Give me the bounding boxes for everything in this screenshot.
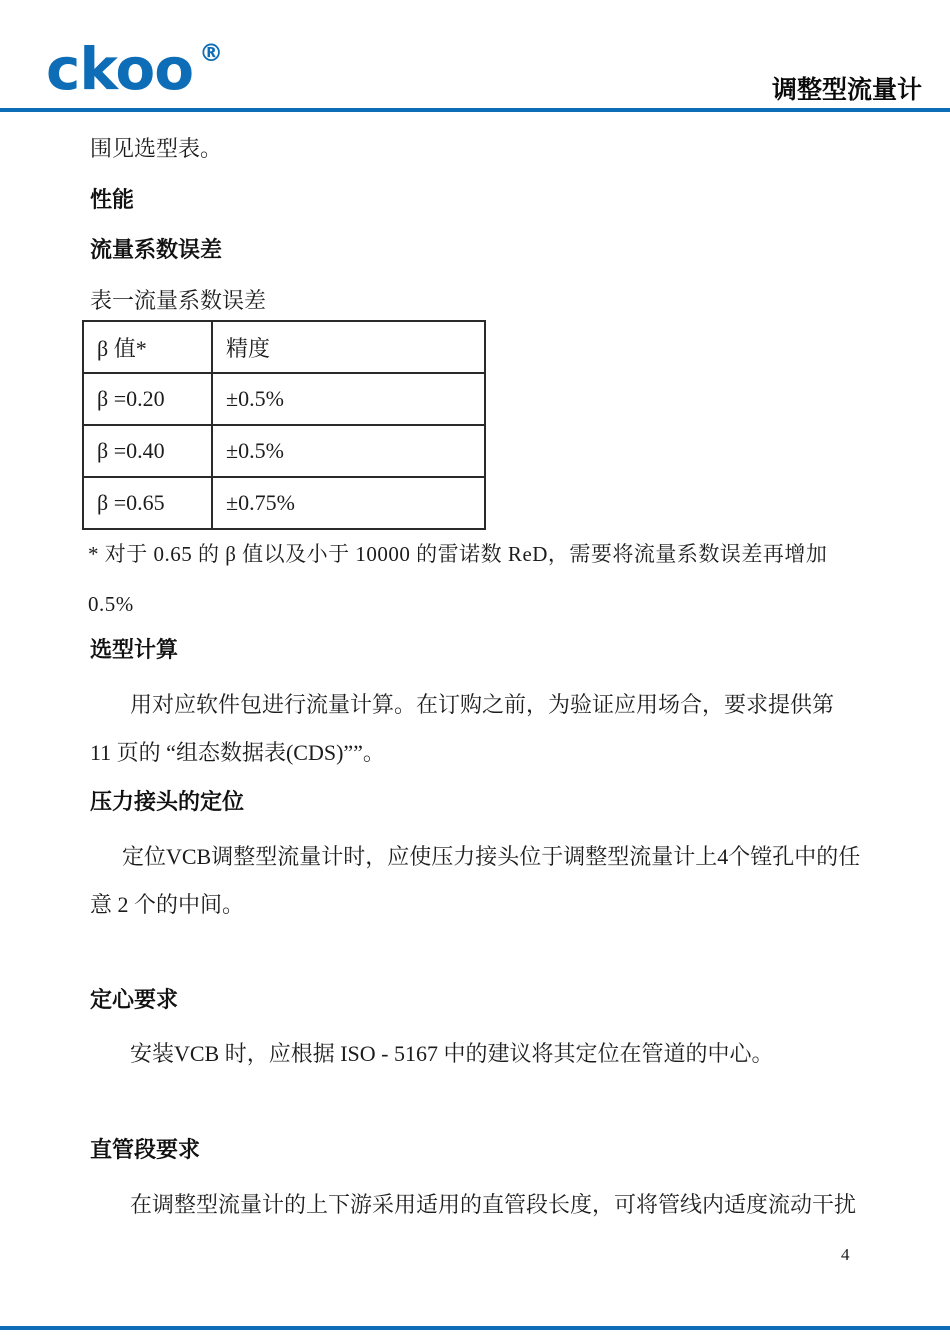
- heading-performance: 性能: [90, 183, 134, 214]
- table-header-row: β 值* 精度: [83, 321, 485, 373]
- table-row: β =0.65 ±0.75%: [83, 477, 485, 529]
- table-cell-beta: β =0.20: [83, 373, 212, 425]
- straight-run-paragraph: 在调整型流量计的上下游采用适用的直管段长度，可将管线内适度流动干扰: [130, 1188, 856, 1219]
- registered-trademark-icon: ®: [199, 39, 223, 67]
- heading-pressure-tap: 压力接头的定位: [90, 785, 244, 816]
- table-cell-accuracy: ±0.75%: [212, 477, 485, 529]
- pressure-paragraph-line1: 定位VCB调整型流量计时，应使压力接头位于调整型流量计上4个镗孔中的任: [122, 840, 860, 871]
- page-number: 4: [841, 1245, 850, 1265]
- selection-paragraph-line2: 11 页的 “组态数据表(CDS)””。: [90, 736, 385, 767]
- document-page: ckoo® 调整型流量计 围见选型表。 性能 流量系数误差 表一流量系数误差 β…: [0, 0, 950, 1343]
- centering-paragraph: 安装VCB 时，应根据 ISO - 5167 中的建议将其定位在管道的中心。: [130, 1037, 774, 1068]
- table-row: β =0.40 ±0.5%: [83, 425, 485, 477]
- heading-centering: 定心要求: [90, 983, 178, 1014]
- table-row: β =0.20 ±0.5%: [83, 373, 485, 425]
- table-caption: 表一流量系数误差: [90, 284, 266, 315]
- table-footnote-line1: * 对于 0.65 的 β 值以及小于 10000 的雷诺数 ReD，需要将流量…: [88, 538, 827, 568]
- selection-paragraph-line1: 用对应软件包进行流量计算。在订购之前，为验证应用场合，要求提供第: [130, 688, 834, 719]
- footer-divider-line: [0, 1326, 950, 1330]
- flow-coefficient-table: β 值* 精度 β =0.20 ±0.5% β =0.40 ±0.5% β =0…: [82, 320, 486, 530]
- header-divider-line: [0, 108, 950, 112]
- brand-logo-text: ckoo: [46, 35, 193, 103]
- table-cell-accuracy: ±0.5%: [212, 373, 485, 425]
- table-cell-accuracy: ±0.5%: [212, 425, 485, 477]
- table-footnote-line2: 0.5%: [88, 592, 134, 617]
- document-title: 调整型流量计: [772, 70, 922, 106]
- table-header-cell-accuracy: 精度: [212, 321, 485, 373]
- brand-logo: ckoo®: [46, 40, 223, 98]
- table-cell-beta: β =0.40: [83, 425, 212, 477]
- heading-selection-calc: 选型计算: [90, 633, 178, 664]
- intro-text: 围见选型表。: [90, 132, 222, 163]
- pressure-paragraph-line2: 意 2 个的中间。: [90, 888, 244, 919]
- heading-flow-coeff-error: 流量系数误差: [90, 233, 222, 264]
- table-cell-beta: β =0.65: [83, 477, 212, 529]
- table-header-cell-beta: β 值*: [83, 321, 212, 373]
- heading-straight-run: 直管段要求: [90, 1133, 200, 1164]
